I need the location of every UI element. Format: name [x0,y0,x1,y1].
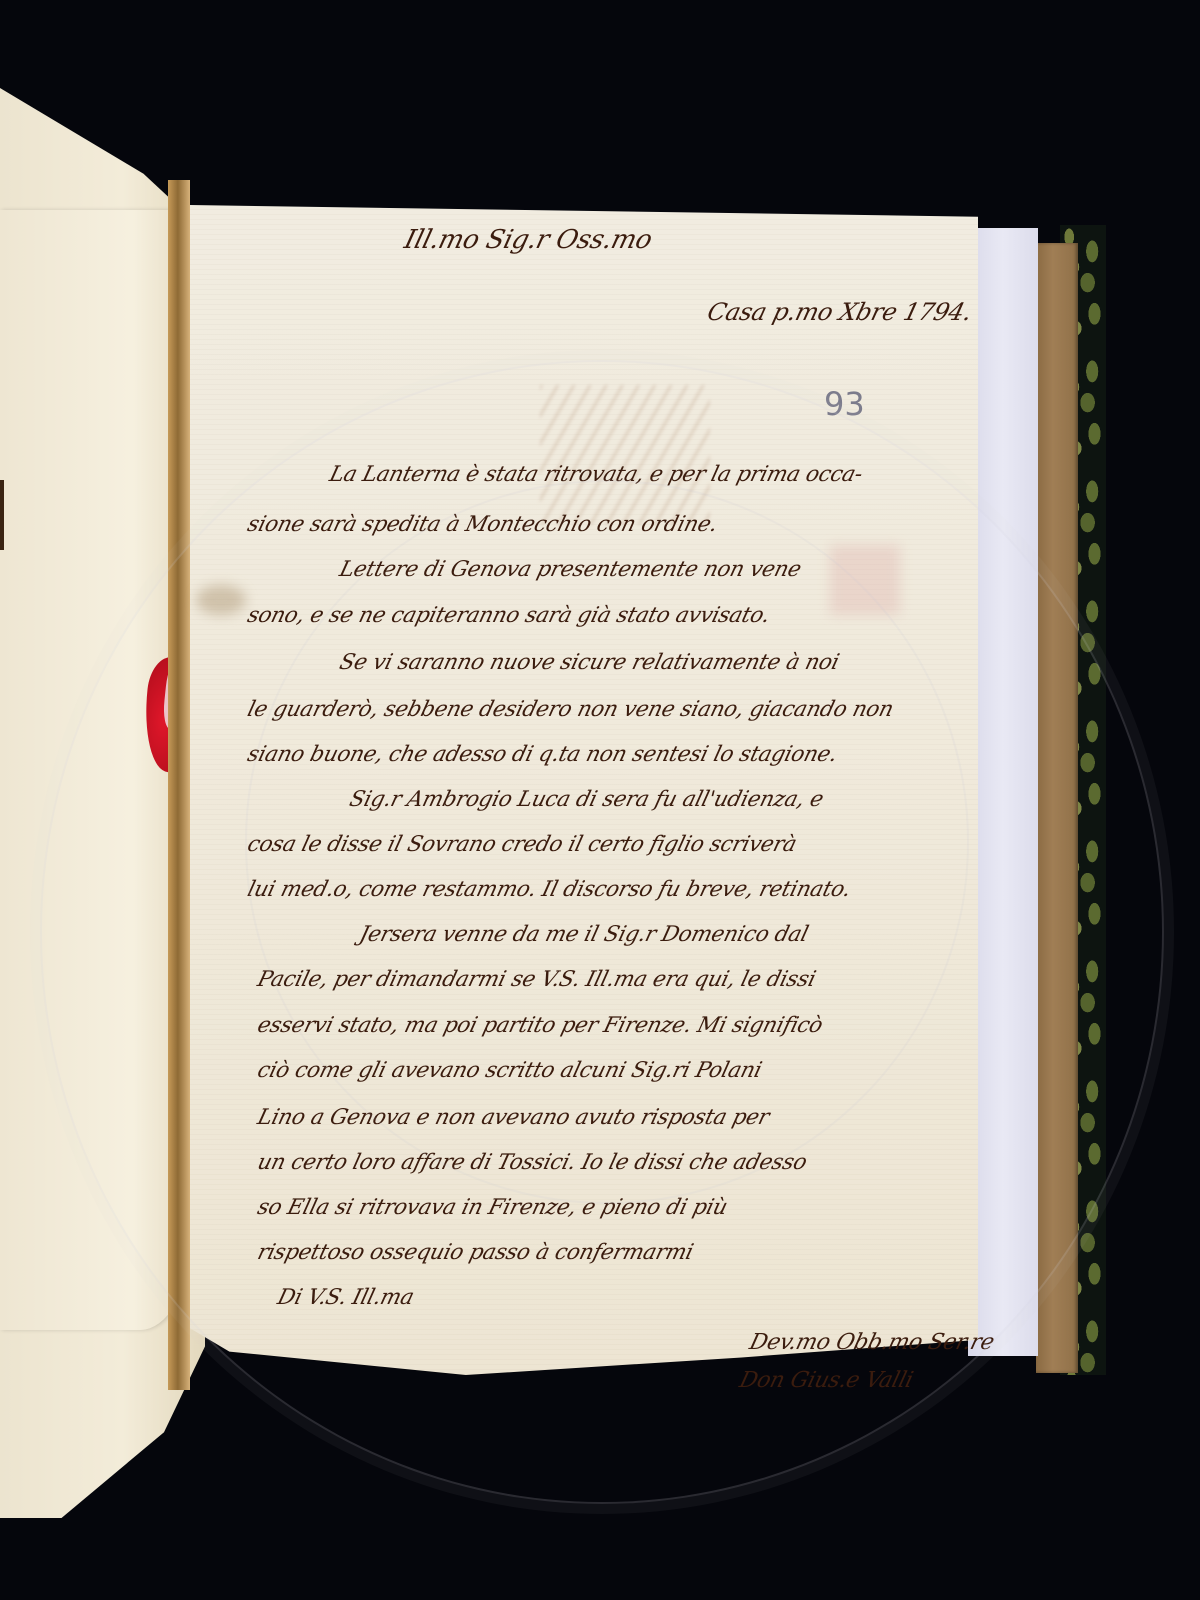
body-line: sono, e se ne capiteranno sarà già stato… [245,603,773,628]
body-line: Jersera venne da me il Sig.r Domenico da… [357,922,811,947]
body-line: sione sarà spedita à Montecchio con ordi… [245,512,720,537]
body-line: cosa le disse il Sovrano credo il certo … [245,832,799,857]
left-margin-ink-mark [0,480,4,550]
body-line: Lettere di Genova presentemente non vene [337,557,804,582]
body-line: Lino a Genova e non avevano avuto rispos… [255,1105,772,1130]
scan-scene: Ill.mo Sig.r Oss.mo Casa p.mo Xbre 1794.… [0,0,1200,1600]
body-line: so Ella si ritrovava in Firenze, e pieno… [255,1195,730,1220]
body-line: un certo loro affare di Tossici. Io le d… [255,1150,809,1175]
body-line: siano buone, che adesso di q.ta non sent… [245,742,840,767]
body-line: La Lanterna è stata ritrovata, e per la … [327,462,865,487]
interleave-sheet [968,228,1038,1356]
ink-bleed-through [540,385,710,525]
archive-number: 93 [824,385,865,423]
stain [830,545,900,615]
salutation: Ill.mo Sig.r Oss.mo [401,225,655,255]
body-line: Pacile, per dimandarmi se V.S. Ill.ma er… [255,967,818,992]
foxing-stain [196,585,246,615]
address-line: Di V.S. Ill.ma [275,1285,417,1310]
book-gutter [168,180,190,1390]
kraft-board [1036,243,1078,1373]
signature: Don Gius.e Valli [737,1368,916,1393]
body-line: rispettoso ossequio passo à confermarmi [255,1240,696,1265]
body-line: lui med.o, come restammo. Il discorso fu… [245,877,853,902]
body-line: Sig.r Ambrogio Luca di sera fu all'udien… [347,787,826,812]
body-line: esservi stato, ma poi partito per Firenz… [255,1013,825,1038]
dateline: Casa p.mo Xbre 1794. [705,298,975,326]
body-line: ciò come gli avevano scritto alcuni Sig.… [255,1058,764,1083]
body-line: le guarderò, sebbene desidero non vene s… [245,697,896,722]
body-line: Se vi saranno nuove sicure relativamente… [337,650,842,675]
closing: Dev.mo Obb.mo Ser.re [747,1330,997,1355]
